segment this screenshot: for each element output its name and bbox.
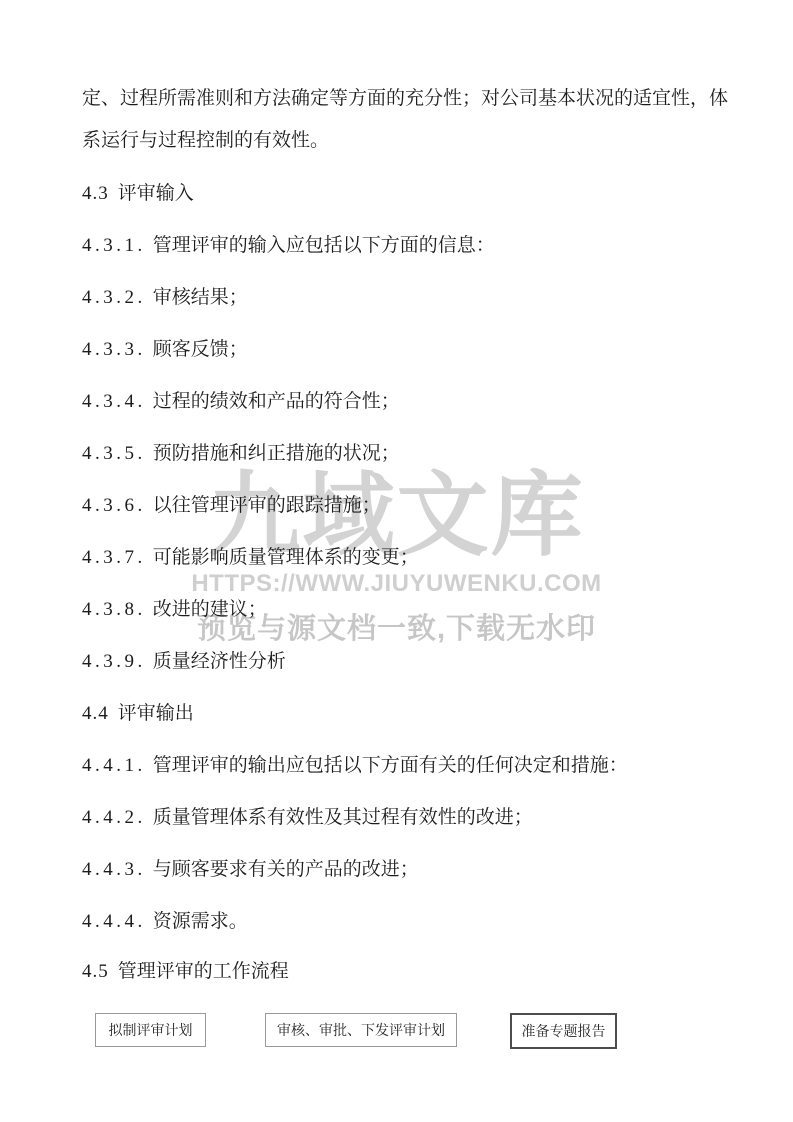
item-4-3-1: 4.3.1.管理评审的输入应包括以下方面的信息： <box>82 235 495 257</box>
item-number: 4.3.9. <box>82 651 146 672</box>
intro-line-2: 系运行与过程控制的有效性。 <box>82 130 329 152</box>
section-heading-4-4: 4.4评审输出 <box>82 703 194 725</box>
item-4-4-4: 4.4.4.资源需求。 <box>82 911 248 933</box>
item-4-3-4: 4.3.4.过程的绩效和产品的符合性； <box>82 391 400 413</box>
item-4-3-3: 4.3.3.顾客反馈； <box>82 339 248 361</box>
item-number: 4.4.4. <box>82 911 146 932</box>
item-text: 资源需求。 <box>153 911 248 932</box>
item-4-4-2: 4.4.2.质量管理体系有效性及其过程有效性的改进； <box>82 807 533 829</box>
item-4-3-2: 4.3.2.审核结果； <box>82 287 248 309</box>
section-number: 4.3 <box>82 183 109 204</box>
item-4-3-7: 4.3.7.可能影响质量管理体系的变更； <box>82 547 419 569</box>
document-content: 定、过程所需准则和方法确定等方面的充分性；对公司基本状况的适宜性，体 系运行与过… <box>0 0 793 1122</box>
item-4-3-9: 4.3.9.质量经济性分析 <box>82 651 286 673</box>
item-4-3-6: 4.3.6.以往管理评审的跟踪措施； <box>82 495 381 517</box>
item-text: 改进的建议； <box>153 599 267 620</box>
flow-step-label: 准备专题报告 <box>522 1021 606 1041</box>
item-4-3-5: 4.3.5.预防措施和纠正措施的状况； <box>82 443 400 465</box>
item-number: 4.4.3. <box>82 859 146 880</box>
item-text: 以往管理评审的跟踪措施； <box>153 495 381 516</box>
item-text: 管理评审的输出应包括以下方面有关的任何决定和措施： <box>153 755 628 776</box>
item-number: 4.3.8. <box>82 599 146 620</box>
section-title: 评审输入 <box>118 183 194 204</box>
section-title: 管理评审的工作流程 <box>118 961 289 982</box>
document-page: 九域文库 HTTPS://WWW.JIUYUWENKU.COM 预览与源文档一致… <box>0 0 793 1122</box>
item-number: 4.3.3. <box>82 339 146 360</box>
item-number: 4.3.6. <box>82 495 146 516</box>
flow-step-label: 拟制评审计划 <box>109 1020 193 1040</box>
item-number: 4.4.2. <box>82 807 146 828</box>
flow-step-prepare-report: 准备专题报告 <box>510 1013 617 1049</box>
item-text: 顾客反馈； <box>153 339 248 360</box>
flow-step-draft-review-plan: 拟制评审计划 <box>95 1013 206 1047</box>
section-number: 4.4 <box>82 703 109 724</box>
item-text: 预防措施和纠正措施的状况； <box>153 443 400 464</box>
section-title: 评审输出 <box>118 703 194 724</box>
item-text: 过程的绩效和产品的符合性； <box>153 391 400 412</box>
item-text: 管理评审的输入应包括以下方面的信息： <box>153 235 495 256</box>
item-text: 审核结果； <box>153 287 248 308</box>
flow-step-label: 审核、审批、下发评审计划 <box>277 1020 445 1040</box>
item-number: 4.3.4. <box>82 391 146 412</box>
item-number: 4.3.2. <box>82 287 146 308</box>
item-4-4-3: 4.4.3.与顾客要求有关的产品的改进； <box>82 859 419 881</box>
flow-step-approve-issue-plan: 审核、审批、下发评审计划 <box>265 1013 457 1047</box>
item-text: 与顾客要求有关的产品的改进； <box>153 859 419 880</box>
item-number: 4.3.1. <box>82 235 146 256</box>
section-heading-4-3: 4.3评审输入 <box>82 183 194 205</box>
section-number: 4.5 <box>82 961 109 982</box>
item-4-4-1: 4.4.1.管理评审的输出应包括以下方面有关的任何决定和措施： <box>82 755 628 777</box>
intro-line-1: 定、过程所需准则和方法确定等方面的充分性；对公司基本状况的适宜性，体 <box>82 88 728 110</box>
item-text: 可能影响质量管理体系的变更； <box>153 547 419 568</box>
item-number: 4.3.7. <box>82 547 146 568</box>
section-heading-4-5: 4.5管理评审的工作流程 <box>82 961 289 983</box>
item-text: 质量经济性分析 <box>153 651 286 672</box>
item-number: 4.3.5. <box>82 443 146 464</box>
item-number: 4.4.1. <box>82 755 146 776</box>
item-4-3-8: 4.3.8.改进的建议； <box>82 599 267 621</box>
item-text: 质量管理体系有效性及其过程有效性的改进； <box>153 807 533 828</box>
